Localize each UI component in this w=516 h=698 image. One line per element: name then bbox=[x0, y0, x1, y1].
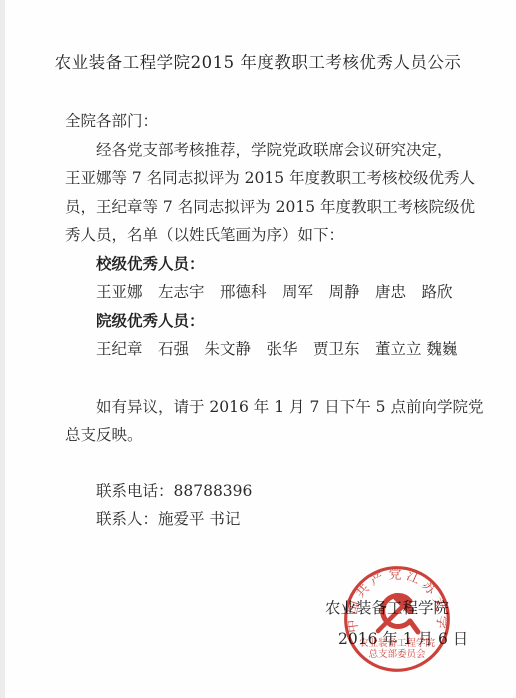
scanned-document-page: 农业装备工程学院2015 年度教职工考核优秀人员公示 全院各部门： 经各党支部考… bbox=[0, 0, 516, 698]
document-body: 全院各部门： 经各党支部考核推荐，学院党政联席会议研究决定， 王亚娜等 7 名同… bbox=[65, 107, 452, 534]
paragraph-line-4: 秀人员，名单（以姓氏笔画为序）如下： bbox=[65, 221, 452, 250]
official-seal: 中国共产党江苏大学 农业装备工程学院 总支部委员会 bbox=[342, 564, 452, 674]
college-level-names: 王纪章 石强 朱文静 张华 贾卫东 董立立 魏巍 bbox=[65, 335, 452, 364]
school-level-list-header: 校级优秀人员： bbox=[65, 250, 452, 279]
scan-edge-shadow bbox=[0, 0, 5, 698]
college-level-list-header: 院级优秀人员： bbox=[65, 307, 452, 336]
greeting-line: 全院各部门： bbox=[65, 107, 452, 136]
contact-phone-line: 联系电话：88788396 bbox=[65, 477, 452, 506]
objection-line-2: 总支反映。 bbox=[65, 421, 452, 450]
paragraph-line-3: 员，王纪章等 7 名同志拟评为 2015 年度教职工考核院级优 bbox=[65, 193, 452, 222]
page-title: 农业装备工程学院2015 年度教职工考核优秀人员公示 bbox=[0, 0, 516, 73]
seal-org-line1: 农业装备工程学院 bbox=[359, 637, 436, 649]
hammer-and-sickle-icon bbox=[378, 596, 418, 633]
seal-org-line2: 总支部委员会 bbox=[368, 648, 426, 660]
objection-line-1: 如有异议，请于 2016 年 1 月 7 日下午 5 点前向学院党 bbox=[65, 393, 452, 422]
paragraph-line-2: 王亚娜等 7 名同志拟评为 2015 年度教职工考核校级优秀人 bbox=[65, 164, 452, 193]
school-level-names: 王亚娜 左志宇 邢德科 周军 周静 唐忠 路欣 bbox=[65, 278, 452, 307]
contact-person-line: 联系人：施爱平 书记 bbox=[65, 505, 452, 534]
paragraph-line-1: 经各党支部考核推荐，学院党政联席会议研究决定， bbox=[65, 136, 452, 165]
